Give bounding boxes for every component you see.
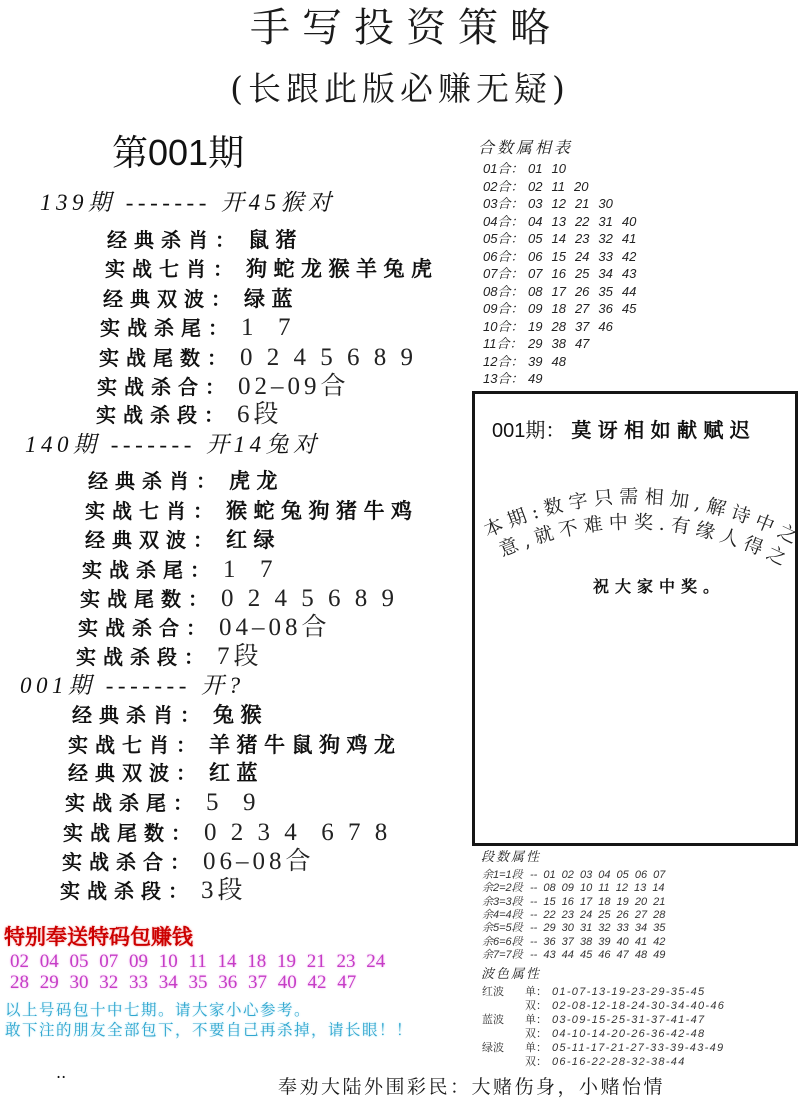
- row-double-wave: 经典双波：绿蓝: [103, 287, 299, 311]
- issue-title: 第001期: [112, 133, 244, 173]
- combo-values: 07 16 25 34 43: [528, 266, 636, 281]
- row-value: 02–09合: [238, 375, 350, 399]
- combo-values: 08 17 26 35 44: [528, 284, 636, 299]
- curved-hint-text: 本期:数字只需相加,解诗中之 意,就不难中奖.有缘人得之: [475, 394, 795, 843]
- row-classic-kill-zodiac: 经典杀肖：鼠猪: [107, 228, 303, 252]
- combo-values: 29 38 47: [528, 336, 589, 351]
- wave-name: 绿波: [482, 1041, 525, 1055]
- combo-row: 11合：29 38 47: [483, 335, 589, 353]
- row-label: 经典杀肖：: [107, 228, 248, 252]
- combo-label: 09合：: [483, 300, 528, 318]
- row-kill-tail: 实战杀尾：1 7: [82, 558, 277, 582]
- wave-row-red-odd: 红波单：01-07-13-19-23-29-35-45: [482, 985, 705, 999]
- row-label: 经典双波：: [85, 528, 226, 552]
- wave-numbers: 04-10-14-20-26-36-42-48: [552, 1028, 705, 1040]
- combo-label: 01合：: [483, 160, 528, 178]
- row-value: 羊猪牛鼠狗鸡龙: [209, 733, 402, 757]
- row-value: 红蓝: [209, 761, 264, 785]
- combo-table-title: 合数属相表: [478, 138, 573, 158]
- wave-row-blue-odd: 蓝波单：03-09-15-25-31-37-41-47: [482, 1013, 705, 1027]
- segment-values: -- 22 23 24 25 26 27 28: [530, 909, 665, 921]
- row-label: 实战杀合：: [97, 375, 238, 399]
- row-value: 红绿: [226, 528, 281, 552]
- wave-numbers: 05-11-17-21-27-33-39-43-49: [552, 1042, 724, 1054]
- wave-parity-label: 双：: [525, 1027, 552, 1041]
- row-label: 经典双波：: [68, 761, 209, 785]
- row-label: 经典杀肖：: [72, 703, 213, 727]
- row-value: 0 2 4 5 6 8 9: [221, 587, 398, 611]
- wave-row-blue-even: 双：04-10-14-20-26-36-42-48: [482, 1027, 705, 1041]
- page-title: 手写投资策略: [0, 2, 800, 54]
- row-value: 虎龙: [229, 469, 284, 493]
- combo-values: 05 14 23 32 41: [528, 231, 636, 246]
- row-label: 实战杀合：: [78, 616, 219, 640]
- row-label: 实战杀尾：: [65, 791, 206, 815]
- segment-label: 余5=5段: [482, 921, 530, 935]
- combo-label: 13合：: [483, 370, 528, 388]
- combo-row: 08合：08 17 26 35 44: [483, 283, 636, 301]
- segment-label: 余6=6段: [482, 935, 530, 949]
- combo-row: 03合：03 12 21 30: [483, 195, 613, 213]
- wave-numbers: 02-08-12-18-24-30-34-40-46: [552, 1000, 725, 1012]
- period-heading: 139期 ------- 开45猴对: [40, 190, 336, 216]
- blessing-text: 祝大家中奖。: [593, 577, 725, 597]
- row-kill-tail: 实战杀尾：1 7: [100, 316, 295, 340]
- combo-label: 06合：: [483, 248, 528, 266]
- wave-row-green-odd: 绿波单：05-11-17-21-27-33-39-43-49: [482, 1041, 724, 1055]
- row-double-wave: 经典双波：红蓝: [68, 761, 264, 785]
- row-seven-zodiacs: 实战七肖：狗蛇龙猴羊兔虎: [105, 257, 439, 281]
- row-value: 兔猴: [213, 703, 268, 727]
- combo-row: 06合：06 15 24 33 42: [483, 248, 636, 266]
- wave-numbers: 01-07-13-19-23-29-35-45: [552, 986, 705, 998]
- combo-values: 09 18 27 36 45: [528, 301, 636, 316]
- combo-label: 11合：: [483, 335, 528, 353]
- wave-parity-label: 单：: [525, 1041, 552, 1055]
- segment-label: 余7=7段: [482, 948, 530, 962]
- wave-row-green-even: 双：06-16-22-28-32-38-44: [482, 1055, 686, 1069]
- row-label: 经典双波：: [103, 287, 244, 311]
- row-value: 6段: [237, 403, 283, 427]
- segment-table-title: 段数属性: [481, 850, 541, 866]
- segment-values: -- 15 16 17 18 19 20 21: [530, 896, 665, 908]
- combo-row: 02合：02 11 20: [483, 178, 588, 196]
- combo-values: 03 12 21 30: [528, 196, 613, 211]
- row-label: 实战尾数：: [99, 346, 240, 370]
- row-value: 1 7: [241, 316, 295, 340]
- combo-row: 13合：49: [483, 370, 542, 388]
- special-numbers-row-2: 28 29 30 32 33 34 35 36 37 40 42 47: [10, 972, 356, 994]
- special-numbers-row-1: 02 04 05 07 09 10 11 14 18 19 21 23 24: [10, 951, 385, 973]
- row-kill-sum: 实战杀合：02–09合: [97, 375, 350, 399]
- row-value: 1 7: [223, 558, 277, 582]
- combo-row: 01合：01 10: [483, 160, 566, 178]
- combo-values: 04 13 22 31 40: [528, 214, 636, 229]
- segment-label: 余1=1段: [482, 868, 530, 882]
- wave-name: 红波: [482, 985, 525, 999]
- row-kill-segment: 实战杀段：3段: [60, 879, 247, 903]
- combo-row: 09合：09 18 27 36 45: [483, 300, 636, 318]
- segment-row: 余7=7段-- 43 44 45 46 47 48 49: [482, 948, 665, 962]
- wave-parity-label: 单：: [525, 1013, 552, 1027]
- row-value: 7段: [217, 645, 263, 669]
- row-label: 实战七肖：: [105, 257, 246, 281]
- combo-label: 07合：: [483, 265, 528, 283]
- segment-row: 余1=1段-- 01 02 03 04 05 06 07: [482, 868, 665, 882]
- decorative-dots: ..: [56, 1064, 66, 1082]
- segment-values: -- 08 09 10 11 12 13 14: [530, 882, 665, 894]
- row-classic-kill-zodiac: 经典杀肖：虎龙: [88, 469, 284, 493]
- segment-label: 余3=3段: [482, 895, 530, 909]
- row-label: 实战杀尾：: [100, 316, 241, 340]
- row-label: 实战杀段：: [76, 645, 217, 669]
- combo-label: 05合：: [483, 230, 528, 248]
- footer-slogan: 奉劝大陆外围彩民：大赌伤身，小赌怡情: [278, 1075, 665, 1099]
- row-kill-segment: 实战杀段：7段: [76, 645, 263, 669]
- row-value: 猴蛇兔狗猪牛鸡: [226, 499, 419, 523]
- row-value: 0 2 3 4 6 7 8: [204, 821, 391, 845]
- combo-label: 03合：: [483, 195, 528, 213]
- combo-row: 12合：39 48: [483, 353, 566, 371]
- row-kill-segment: 实战杀段：6段: [96, 403, 283, 427]
- segment-values: -- 43 44 45 46 47 48 49: [530, 949, 665, 961]
- segment-row: 余4=4段-- 22 23 24 25 26 27 28: [482, 908, 665, 922]
- special-note-line-1: 以上号码包十中七期。请大家小心参考。: [5, 1000, 311, 1020]
- row-value: 04–08合: [219, 616, 331, 640]
- row-label: 实战七肖：: [85, 499, 226, 523]
- row-tail-digits: 实战尾数：0 2 3 4 6 7 8: [63, 821, 391, 845]
- row-value: 鼠猪: [248, 228, 303, 252]
- combo-values: 19 28 37 46: [528, 319, 613, 334]
- row-value: 5 9: [206, 791, 260, 815]
- combo-label: 12合：: [483, 353, 528, 371]
- segment-values: -- 29 30 31 32 33 34 35: [530, 922, 665, 934]
- row-label: 实战尾数：: [80, 587, 221, 611]
- row-seven-zodiacs: 实战七肖：羊猪牛鼠狗鸡龙: [68, 733, 402, 757]
- wave-parity-label: 双：: [525, 1055, 552, 1069]
- wave-numbers: 06-16-22-28-32-38-44: [552, 1056, 686, 1068]
- combo-values: 49: [528, 371, 542, 386]
- wave-row-red-even: 双：02-08-12-18-24-30-34-40-46: [482, 999, 725, 1013]
- segment-label: 余4=4段: [482, 908, 530, 922]
- row-label: 实战尾数：: [63, 821, 204, 845]
- combo-row: 05合：05 14 23 32 41: [483, 230, 636, 248]
- row-classic-kill-zodiac: 经典杀肖：兔猴: [72, 703, 268, 727]
- row-value: 狗蛇龙猴羊兔虎: [246, 257, 439, 281]
- row-label: 实战杀段：: [96, 403, 237, 427]
- row-label: 实战杀合：: [62, 850, 203, 874]
- period-heading: 001期 ------- 开?: [20, 673, 245, 699]
- combo-label: 04合：: [483, 213, 528, 231]
- combo-row: 07合：07 16 25 34 43: [483, 265, 636, 283]
- row-value: 06–08合: [203, 850, 315, 874]
- row-label: 经典杀肖：: [88, 469, 229, 493]
- page-subtitle: (长跟此版必赚无疑): [0, 66, 800, 112]
- combo-row: 04合：04 13 22 31 40: [483, 213, 636, 231]
- row-tail-digits: 实战尾数：0 2 4 5 6 8 9: [99, 346, 417, 370]
- special-offer-title: 特别奉送特码包赚钱: [4, 924, 193, 950]
- row-double-wave: 经典双波：红绿: [85, 528, 281, 552]
- period-heading: 140期 ------- 开14兔对: [25, 432, 321, 458]
- segment-label: 余2=2段: [482, 881, 530, 895]
- segment-values: -- 36 37 38 39 40 41 42: [530, 936, 665, 948]
- row-label: 实战杀尾：: [82, 558, 223, 582]
- combo-row: 10合：19 28 37 46: [483, 318, 613, 336]
- wave-parity-label: 双：: [525, 999, 552, 1013]
- row-kill-sum: 实战杀合：06–08合: [62, 850, 315, 874]
- combo-label: 02合：: [483, 178, 528, 196]
- lottery-strategy-sheet: 手写投资策略 (长跟此版必赚无疑) 第001期 139期 ------- 开45…: [0, 0, 800, 1100]
- row-kill-tail: 实战杀尾：5 9: [65, 791, 260, 815]
- combo-label: 08合：: [483, 283, 528, 301]
- row-label: 实战七肖：: [68, 733, 209, 757]
- wave-table-title: 波色属性: [481, 967, 541, 983]
- combo-label: 10合：: [483, 318, 528, 336]
- combo-values: 39 48: [528, 354, 566, 369]
- segment-row: 余2=2段-- 08 09 10 11 12 13 14: [482, 881, 665, 895]
- special-note-line-2: 敢下注的朋友全部包下，不要自己再杀掉，请长眼！！: [5, 1020, 413, 1040]
- row-kill-sum: 实战杀合：04–08合: [78, 616, 331, 640]
- row-label: 实战杀段：: [60, 879, 201, 903]
- segment-row: 余5=5段-- 29 30 31 32 33 34 35: [482, 921, 665, 935]
- wave-numbers: 03-09-15-25-31-37-41-47: [552, 1014, 705, 1026]
- riddle-box: 001期：莫讶相如献赋迟 本期:数字只需相加,解诗中之 意,就不难中奖.有缘人得…: [472, 391, 798, 846]
- row-seven-zodiacs: 实战七肖：猴蛇兔狗猪牛鸡: [85, 499, 419, 523]
- row-value: 绿蓝: [244, 287, 299, 311]
- row-value: 3段: [201, 879, 247, 903]
- combo-values: 02 11 20: [528, 179, 588, 194]
- row-tail-digits: 实战尾数：0 2 4 5 6 8 9: [80, 587, 398, 611]
- wave-name: 蓝波: [482, 1013, 525, 1027]
- segment-row: 余3=3段-- 15 16 17 18 19 20 21: [482, 895, 665, 909]
- combo-values: 01 10: [528, 161, 566, 176]
- wave-parity-label: 单：: [525, 985, 552, 999]
- combo-values: 06 15 24 33 42: [528, 249, 636, 264]
- segment-values: -- 01 02 03 04 05 06 07: [530, 869, 665, 881]
- row-value: 0 2 4 5 6 8 9: [240, 346, 417, 370]
- segment-row: 余6=6段-- 36 37 38 39 40 41 42: [482, 935, 665, 949]
